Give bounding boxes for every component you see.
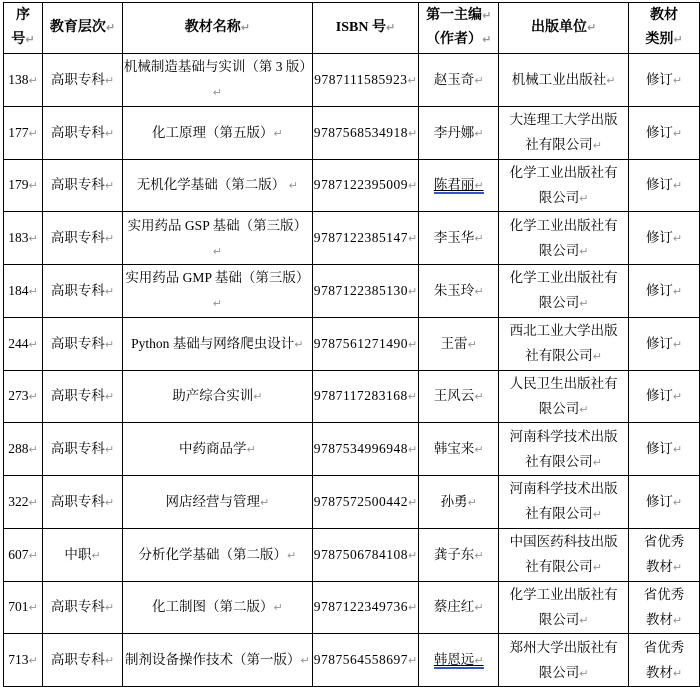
column-header-level: 教育层次↵ <box>42 3 122 54</box>
paragraph-mark-icon: ↵ <box>673 496 682 509</box>
cell-title: 化工原理（第五版）↵ <box>122 106 312 159</box>
table-row: 607↵中职↵分析化学基础（第二版）↵9787506784108↵龚子东↵中国医… <box>4 528 700 581</box>
paragraph-mark-icon: ↵ <box>91 549 100 562</box>
cell-title: 实用药品 GSP 基础（第三版）↵ <box>122 212 312 265</box>
cell-isbn: 9787572500442↵ <box>312 476 418 529</box>
cell-publisher: 化学工业出版社有 限公司↵ <box>499 265 629 318</box>
cell-title: Python 基础与网络爬虫设计↵ <box>122 317 312 370</box>
cell-author: 孙勇↵ <box>419 476 499 529</box>
paragraph-mark-icon: ↵ <box>474 654 483 667</box>
column-header-title: 教材名称↵ <box>122 3 312 54</box>
paragraph-mark-icon: ↵ <box>593 508 602 521</box>
paragraph-mark-icon: ↵ <box>673 232 682 245</box>
cell-title: 中药商品学↵ <box>122 423 312 476</box>
paragraph-mark-icon: ↵ <box>29 232 38 245</box>
cell-publisher: 大连理工大学出版 社有限公司↵ <box>499 106 629 159</box>
table-row: 713↵高职专科↵制剂设备操作技术（第一版）↵9787564558697↵韩恩远… <box>4 634 700 687</box>
paragraph-mark-icon: ↵ <box>673 33 682 46</box>
table-row: 244↵高职专科↵Python 基础与网络爬虫设计↵9787561271490↵… <box>4 317 700 370</box>
cell-author: 赵玉奇↵ <box>419 54 499 107</box>
cell-publisher: 化学工业出版社有 限公司↵ <box>499 212 629 265</box>
paragraph-mark-icon: ↵ <box>408 285 417 298</box>
paragraph-mark-icon: ↵ <box>29 443 38 456</box>
table-row: 288↵高职专科↵中药商品学↵9787534996948↵韩宝来↵河南科学技术出… <box>4 423 700 476</box>
paragraph-mark-icon: ↵ <box>273 127 282 140</box>
paragraph-mark-icon: ↵ <box>29 127 38 140</box>
cell-level: 高职专科↵ <box>42 370 122 423</box>
cell-no: 701↵ <box>4 581 43 634</box>
paragraph-mark-icon: ↵ <box>408 601 417 614</box>
cell-no: 713↵ <box>4 634 43 687</box>
cell-isbn: 9787534996948↵ <box>312 423 418 476</box>
paragraph-mark-icon: ↵ <box>29 654 38 667</box>
cell-title: 制剂设备操作技术（第一版）↵ <box>122 634 312 687</box>
paragraph-mark-icon: ↵ <box>673 179 682 192</box>
cell-isbn: 9787506784108↵ <box>312 528 418 581</box>
table-row: 177↵高职专科↵化工原理（第五版）↵9787568534918↵李丹娜↵大连理… <box>4 106 700 159</box>
column-header-publisher: 出版单位↵ <box>499 3 629 54</box>
cell-publisher: 中国医药科技出版 社有限公司↵ <box>499 528 629 581</box>
cell-author: 龚子东↵ <box>419 528 499 581</box>
paragraph-mark-icon: ↵ <box>474 285 483 298</box>
cell-publisher: 郑州大学出版社有 限公司↵ <box>499 634 629 687</box>
cell-no: 138↵ <box>4 54 43 107</box>
cell-publisher: 人民卫生出版社有 限公司↵ <box>499 370 629 423</box>
cell-isbn: 9787117283168↵ <box>312 370 418 423</box>
cell-category: 省优秀 教材↵ <box>629 581 700 634</box>
paragraph-mark-icon: ↵ <box>408 496 417 509</box>
paragraph-mark-icon: ↵ <box>474 74 483 87</box>
cell-author: 蔡庄红↵ <box>419 581 499 634</box>
paragraph-mark-icon: ↵ <box>105 285 114 298</box>
cell-author: 李丹娜↵ <box>419 106 499 159</box>
paragraph-mark-icon: ↵ <box>408 179 417 192</box>
cell-publisher: 西北工业大学出版 社有限公司↵ <box>499 317 629 370</box>
cell-no: 244↵ <box>4 317 43 370</box>
paragraph-mark-icon: ↵ <box>241 21 250 34</box>
textbook-list-table: 序 号↵教育层次↵教材名称↵ISBN 号↵第一主编↵ （作者）↵出版单位↵教材 … <box>3 2 700 687</box>
column-header-author: 第一主编↵ （作者）↵ <box>419 3 499 54</box>
cell-no: 177↵ <box>4 106 43 159</box>
paragraph-mark-icon: ↵ <box>213 86 222 99</box>
paragraph-mark-icon: ↵ <box>673 338 682 351</box>
cell-isbn: 9787122385147↵ <box>312 212 418 265</box>
paragraph-mark-icon: ↵ <box>593 561 602 574</box>
paragraph-mark-icon: ↵ <box>673 285 682 298</box>
paragraph-mark-icon: ↵ <box>482 9 491 22</box>
paragraph-mark-icon: ↵ <box>105 338 114 351</box>
paragraph-mark-icon: ↵ <box>673 127 682 140</box>
cell-author: 王雷↵ <box>419 317 499 370</box>
cell-category: 修订↵ <box>629 423 700 476</box>
cell-no: 183↵ <box>4 212 43 265</box>
paragraph-mark-icon: ↵ <box>105 443 114 456</box>
table-row: 701↵高职专科↵化工制图（第二版）↵9787122349736↵蔡庄红↵化学工… <box>4 581 700 634</box>
cell-isbn: 9787122395009↵ <box>312 159 418 212</box>
table-row: 179↵高职专科↵无机化学基础（第二版） ↵9787122395009↵陈君丽↵… <box>4 159 700 212</box>
paragraph-mark-icon: ↵ <box>105 179 114 192</box>
paragraph-mark-icon: ↵ <box>408 127 417 140</box>
paragraph-mark-icon: ↵ <box>105 74 114 87</box>
cell-author: 陈君丽↵ <box>419 159 499 212</box>
cell-isbn: 9787122385130↵ <box>312 265 418 318</box>
paragraph-mark-icon: ↵ <box>29 549 38 562</box>
paragraph-mark-icon: ↵ <box>408 443 417 456</box>
cell-level: 高职专科↵ <box>42 54 122 107</box>
paragraph-mark-icon: ↵ <box>673 614 682 627</box>
paragraph-mark-icon: ↵ <box>105 127 114 140</box>
cell-isbn: 9787564558697↵ <box>312 634 418 687</box>
paragraph-mark-icon: ↵ <box>673 443 682 456</box>
author-link[interactable]: 韩恩远↵ <box>434 652 484 669</box>
paragraph-mark-icon: ↵ <box>587 21 596 34</box>
paragraph-mark-icon: ↵ <box>579 614 588 627</box>
paragraph-mark-icon: ↵ <box>289 179 298 192</box>
paragraph-mark-icon: ↵ <box>105 232 114 245</box>
paragraph-mark-icon: ↵ <box>468 338 477 351</box>
table-row: 183↵高职专科↵实用药品 GSP 基础（第三版）↵9787122385147↵… <box>4 212 700 265</box>
cell-level: 中职↵ <box>42 528 122 581</box>
paragraph-mark-icon: ↵ <box>482 33 491 46</box>
cell-title: 分析化学基础（第二版）↵ <box>122 528 312 581</box>
paragraph-mark-icon: ↵ <box>260 496 269 509</box>
paragraph-mark-icon: ↵ <box>287 549 296 562</box>
cell-author: 韩宝来↵ <box>419 423 499 476</box>
paragraph-mark-icon: ↵ <box>673 74 682 87</box>
paragraph-mark-icon: ↵ <box>673 561 682 574</box>
cell-no: 179↵ <box>4 159 43 212</box>
table-row: 138↵高职专科↵机械制造基础与实训（第 3 版）↵9787111585923↵… <box>4 54 700 107</box>
paragraph-mark-icon: ↵ <box>468 496 477 509</box>
paragraph-mark-icon: ↵ <box>105 654 114 667</box>
cell-level: 高职专科↵ <box>42 317 122 370</box>
paragraph-mark-icon: ↵ <box>474 601 483 614</box>
cell-no: 273↵ <box>4 370 43 423</box>
paragraph-mark-icon: ↵ <box>29 285 38 298</box>
paragraph-mark-icon: ↵ <box>408 549 417 562</box>
cell-category: 修订↵ <box>629 54 700 107</box>
table-row: 184↵高职专科↵实用药品 GMP 基础（第三版）↵9787122385130↵… <box>4 265 700 318</box>
paragraph-mark-icon: ↵ <box>408 654 417 667</box>
cell-publisher: 河南科学技术出版 社有限公司↵ <box>499 423 629 476</box>
paragraph-mark-icon: ↵ <box>593 139 602 152</box>
paragraph-mark-icon: ↵ <box>105 496 114 509</box>
cell-category: 修订↵ <box>629 159 700 212</box>
paragraph-mark-icon: ↵ <box>29 179 38 192</box>
cell-category: 省优秀 教材↵ <box>629 634 700 687</box>
cell-title: 机械制造基础与实训（第 3 版）↵ <box>122 54 312 107</box>
paragraph-mark-icon: ↵ <box>606 74 615 87</box>
paragraph-mark-icon: ↵ <box>253 390 262 403</box>
paragraph-mark-icon: ↵ <box>579 667 588 680</box>
cell-no: 288↵ <box>4 423 43 476</box>
table-row: 273↵高职专科↵助产综合实训↵9787117283168↵王风云↵人民卫生出版… <box>4 370 700 423</box>
paragraph-mark-icon: ↵ <box>213 297 222 310</box>
paragraph-mark-icon: ↵ <box>408 232 417 245</box>
paragraph-mark-icon: ↵ <box>579 297 588 310</box>
paragraph-mark-icon: ↵ <box>105 601 114 614</box>
header-row: 序 号↵教育层次↵教材名称↵ISBN 号↵第一主编↵ （作者）↵出版单位↵教材 … <box>4 3 700 54</box>
paragraph-mark-icon: ↵ <box>474 443 483 456</box>
column-header-category: 教材 类别↵ <box>629 3 700 54</box>
paragraph-mark-icon: ↵ <box>294 338 303 351</box>
paragraph-mark-icon: ↵ <box>25 33 34 46</box>
cell-title: 网店经营与管理↵ <box>122 476 312 529</box>
paragraph-mark-icon: ↵ <box>300 654 309 667</box>
paragraph-mark-icon: ↵ <box>386 21 395 34</box>
cell-level: 高职专科↵ <box>42 159 122 212</box>
cell-level: 高职专科↵ <box>42 265 122 318</box>
cell-category: 修订↵ <box>629 476 700 529</box>
cell-author: 李玉华↵ <box>419 212 499 265</box>
cell-no: 184↵ <box>4 265 43 318</box>
column-header-no: 序 号↵ <box>4 3 43 54</box>
cell-isbn: 9787568534918↵ <box>312 106 418 159</box>
cell-publisher: 化学工业出版社有 限公司↵ <box>499 159 629 212</box>
document-page: 序 号↵教育层次↵教材名称↵ISBN 号↵第一主编↵ （作者）↵出版单位↵教材 … <box>0 0 700 687</box>
cell-author: 朱玉玲↵ <box>419 265 499 318</box>
cell-category: 修订↵ <box>629 370 700 423</box>
cell-publisher: 机械工业出版社↵ <box>499 54 629 107</box>
cell-no: 607↵ <box>4 528 43 581</box>
cell-publisher: 化学工业出版社有 限公司↵ <box>499 581 629 634</box>
paragraph-mark-icon: ↵ <box>408 390 417 403</box>
cell-publisher: 河南科学技术出版 社有限公司↵ <box>499 476 629 529</box>
paragraph-mark-icon: ↵ <box>407 74 416 87</box>
cell-title: 化工制图（第二版）↵ <box>122 581 312 634</box>
paragraph-mark-icon: ↵ <box>673 390 682 403</box>
paragraph-mark-icon: ↵ <box>105 390 114 403</box>
paragraph-mark-icon: ↵ <box>474 127 483 140</box>
cell-level: 高职专科↵ <box>42 106 122 159</box>
cell-category: 修订↵ <box>629 212 700 265</box>
paragraph-mark-icon: ↵ <box>474 390 483 403</box>
paragraph-mark-icon: ↵ <box>408 338 417 351</box>
cell-author: 韩恩远↵ <box>419 634 499 687</box>
author-link[interactable]: 陈君丽↵ <box>434 177 484 194</box>
cell-level: 高职专科↵ <box>42 423 122 476</box>
paragraph-mark-icon: ↵ <box>474 179 483 192</box>
cell-category: 修订↵ <box>629 317 700 370</box>
cell-title: 助产综合实训↵ <box>122 370 312 423</box>
table-row: 322↵高职专科↵网店经营与管理↵9787572500442↵孙勇↵河南科学技术… <box>4 476 700 529</box>
paragraph-mark-icon: ↵ <box>273 601 282 614</box>
cell-isbn: 9787122349736↵ <box>312 581 418 634</box>
paragraph-mark-icon: ↵ <box>106 21 115 34</box>
cell-no: 322↵ <box>4 476 43 529</box>
paragraph-mark-icon: ↵ <box>29 74 38 87</box>
paragraph-mark-icon: ↵ <box>579 245 588 258</box>
cell-title: 无机化学基础（第二版） ↵ <box>122 159 312 212</box>
cell-category: 修订↵ <box>629 106 700 159</box>
cell-level: 高职专科↵ <box>42 476 122 529</box>
paragraph-mark-icon: ↵ <box>29 338 38 351</box>
paragraph-mark-icon: ↵ <box>474 549 483 562</box>
paragraph-mark-icon: ↵ <box>213 245 222 258</box>
cell-level: 高职专科↵ <box>42 581 122 634</box>
cell-category: 省优秀 教材↵ <box>629 528 700 581</box>
cell-author: 王风云↵ <box>419 370 499 423</box>
paragraph-mark-icon: ↵ <box>593 350 602 363</box>
paragraph-mark-icon: ↵ <box>593 456 602 469</box>
paragraph-mark-icon: ↵ <box>29 601 38 614</box>
cell-level: 高职专科↵ <box>42 634 122 687</box>
cell-isbn: 9787561271490↵ <box>312 317 418 370</box>
paragraph-mark-icon: ↵ <box>579 403 588 416</box>
paragraph-mark-icon: ↵ <box>474 232 483 245</box>
paragraph-mark-icon: ↵ <box>29 496 38 509</box>
paragraph-mark-icon: ↵ <box>673 667 682 680</box>
cell-isbn: 9787111585923↵ <box>312 54 418 107</box>
cell-category: 修订↵ <box>629 265 700 318</box>
paragraph-mark-icon: ↵ <box>579 192 588 205</box>
paragraph-mark-icon: ↵ <box>29 390 38 403</box>
cell-level: 高职专科↵ <box>42 212 122 265</box>
paragraph-mark-icon: ↵ <box>246 443 255 456</box>
table-body: 138↵高职专科↵机械制造基础与实训（第 3 版）↵9787111585923↵… <box>4 54 700 687</box>
column-header-isbn: ISBN 号↵ <box>312 3 418 54</box>
cell-title: 实用药品 GMP 基础（第三版）↵ <box>122 265 312 318</box>
